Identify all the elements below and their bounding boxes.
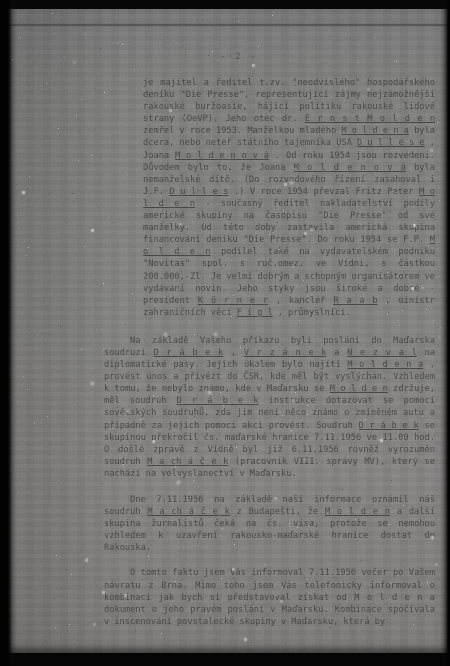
text-column: je majitel a ředitel t.zv. "neodvislého"…: [0, 77, 450, 628]
document-scan: - 2 - je majitel a ředitel t.zv. "neodvi…: [0, 0, 450, 666]
paragraph-mission: Na základě Vašeho příkazu byli posláni d…: [104, 335, 435, 480]
paragraph-biography: je majitel a ředitel t.zv. "neodvislého"…: [143, 77, 435, 319]
film-frame-left: [0, 0, 16, 666]
paragraph-plan: O tomto faktu jsem Vás informoval 7.11.1…: [104, 567, 435, 627]
film-frame-right: [440, 0, 450, 666]
page-number: - 2 -: [204, 52, 274, 62]
paragraph-report: Dne 7.11.1956 na základě naší informace …: [104, 494, 435, 554]
scan-line: [0, 24, 450, 26]
film-frame-bottom: [0, 653, 450, 666]
film-frame-top: [0, 0, 450, 9]
